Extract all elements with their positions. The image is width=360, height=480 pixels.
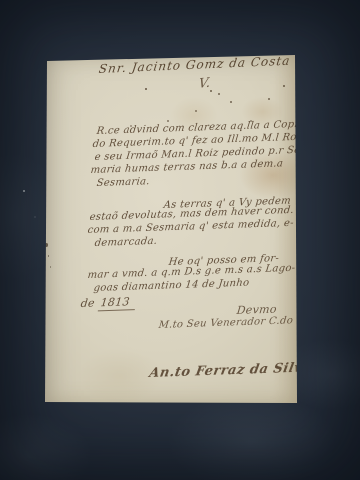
manuscript-photo: Snr. Jacinto Gomz da Costa V. R.ce advin…: [0, 0, 360, 480]
rubric-flourish: V.: [198, 76, 211, 92]
ink-specks: [145, 88, 147, 90]
date-line: de 1813: [80, 295, 136, 310]
dust-specks: [23, 190, 25, 192]
signature: An.to Ferraz da Silva: [148, 360, 312, 381]
paragraph3-line: mar a vmd. a q.m D.s g.e m.s a.s Lago-: [87, 263, 296, 281]
paragraph3-line: goas diamantino 14 de Junho: [93, 278, 250, 294]
closing-venerador: M.to Seu Venerador C.do: [158, 315, 294, 331]
manuscript-paper: Snr. Jacinto Gomz da Costa V. R.ce advin…: [44, 52, 298, 404]
date-prefix: de: [80, 296, 96, 310]
letter-heading: Snr. Jacinto Gomz da Costa: [98, 54, 291, 76]
date-year: 1813: [98, 295, 137, 311]
paragraph1-line: Sesmaria.: [96, 176, 150, 189]
closing-devmo: Devmo: [236, 303, 277, 317]
paragraph2-line: demarcada.: [94, 236, 158, 249]
ink-blot: [45, 243, 48, 247]
